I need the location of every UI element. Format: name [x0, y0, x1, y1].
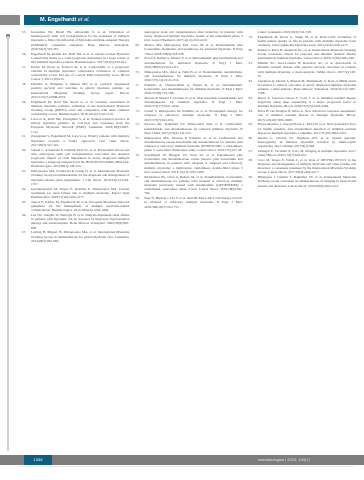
reference-text: Kumar S, Paiva B, Anderson KC, et al. In… [258, 48, 356, 61]
reference-text: Engelhardt M, Dold SM, Ihorst G, et al. … [31, 100, 129, 117]
reference-number: 66. [22, 213, 31, 230]
reference-entry: 57.Kleber M, Ihorst G, Terhorst M, et al… [22, 65, 129, 82]
reference-number: 81. [249, 61, 258, 78]
reference-number: 76. [135, 153, 144, 174]
reference-number: 61. [22, 134, 31, 147]
reference-entry: 71.Palumbo A, Chanan-Khan A, Weisel K, e… [135, 83, 242, 96]
reference-text: Lee CK, Zangari M, Barlogie B, et al. Di… [31, 213, 129, 230]
reference-entry: 73.Lonial S, Dimopoulos M, Palumbo A, et… [135, 109, 242, 122]
reference-entry: 65.Terpos E, Kleber M, Engelhardt M, et … [22, 200, 129, 213]
reference-text: Mateos MV, Dimopoulos MA, Cavo M, et al.… [144, 43, 242, 56]
reference-text: Engelhardt M, Ihorst G, Singh M, et al. … [258, 35, 356, 48]
page-number: 1338 [24, 455, 52, 465]
reference-entry: 81.Munshi NC, Avet-Loiseau H, Rawstron A… [249, 61, 356, 78]
footer-divider [18, 466, 354, 467]
reference-text: Facon T, Kumar S, Plesner T, et al. Dara… [144, 56, 242, 69]
reference-text: Kleber M, Ihorst G, Terhorst M, et al. C… [31, 65, 129, 82]
reference-entry: 77.Richardson PG, Oriol A, Beksac M, et … [135, 175, 242, 196]
reference-entry: 79.Engelhardt M, Ihorst G, Singh M, et a… [249, 35, 356, 48]
author-name: M. Engelhardt [40, 17, 76, 23]
reference-entry: 86.Rasche L, Chavan SS, Stephens OW, et … [249, 136, 356, 149]
running-header-author: M. Engelhardt et al. [40, 15, 90, 25]
reference-text: Richardson PG, Oriol A, Beksac M, et al.… [144, 175, 242, 196]
reference-text: Flores-Montero J, Sanoja-Flores L, Paiva… [258, 122, 356, 135]
reference-number: 77. [135, 175, 144, 196]
reference-number: 56. [22, 52, 31, 65]
reference-text: Lonial S, Dimopoulos M, Palumbo A, et al… [144, 109, 242, 122]
reference-entry: 70.Dimopoulos MA, Oriol A, Nahi H, et al… [135, 70, 242, 83]
reference-text: cohort. Leukemia. 2019;33(3):724-728. [258, 30, 356, 34]
reference-entry: 64.Gavriatopoulou M, Terpos E, Kastritis… [22, 187, 129, 200]
reference-entry: 67.Ludwig H, Miguel JS, Dimopoulos MA, e… [22, 230, 129, 243]
reference-column-2: autologous stem cell transplantation aft… [135, 30, 242, 350]
reference-number: 64. [22, 187, 31, 200]
reference-number: 60. [22, 117, 31, 134]
reference-entry: cohort. Leukemia. 2019;33(3):724-728. [249, 30, 356, 34]
reference-entry: 82.Landgren O, Devlin S, Boulad M, Maila… [249, 79, 356, 96]
reference-text: Landgren O, Devlin S, Boulad M, Mailanko… [258, 79, 356, 96]
reference-text: Terpos E, Kleber M, Engelhardt M, et al.… [31, 200, 129, 213]
reference-entry: 72.Moreau P, Masszi T, Grzasko N, et al.… [135, 96, 242, 109]
reference-number: 57. [22, 65, 31, 82]
reference-entry: 85.Flores-Montero J, Sanoja-Flores L, Pa… [249, 122, 356, 135]
reference-entry: 69.Facon T, Kumar S, Plesner T, et al. D… [135, 56, 242, 69]
reference-entry: 61.Zweegman S, Engelhardt M, Larocca A. … [22, 134, 129, 147]
reference-text: Dimopoulos MA, Sonneveld P, Leung N, et … [31, 169, 129, 186]
reference-number: 86. [249, 136, 258, 149]
reference-number: 84. [249, 109, 258, 122]
reference-number [135, 30, 144, 43]
reference-number [249, 30, 258, 34]
author-suffix: et al. [78, 17, 90, 23]
reference-text: San-Miguel JF, Hungria VT, Yoon SS, et a… [144, 153, 242, 174]
reference-entry: 75.Dimopoulos MA, Moreau P, Palumbo A, e… [135, 136, 242, 153]
reference-entry: 66.Lee CK, Zangari M, Barlogie B, et al.… [22, 213, 129, 230]
reference-text: Zweegman S, Engelhardt M, Larocca A. Eld… [31, 134, 129, 147]
reference-number: 73. [135, 109, 144, 122]
reference-entry: 89.Hillengass J, Usmani S, Rajkumar SV, … [249, 175, 356, 188]
reference-number: 59. [22, 100, 31, 117]
reference-number: 65. [22, 200, 31, 213]
reference-number: 74. [135, 122, 144, 135]
reference-entry: 78.Raje N, Berdeja J, Lin Y, et al. Anti… [135, 196, 242, 209]
reference-entry: 68.Mateos MV, Dimopoulos MA, Cavo M, et … [135, 43, 242, 56]
reference-number: 71. [135, 83, 144, 96]
reference-entry: 84.Paiva B, van Dongen JJ, Orfao A. New … [249, 109, 356, 122]
reference-entry: 88.Cavo M, Terpos E, Nanni C, et al. Rol… [249, 158, 356, 175]
reference-text: Hillengass J, Usmani S, Rajkumar SV, et … [258, 175, 356, 188]
reference-text: autologous stem cell transplantation aft… [144, 30, 242, 43]
reference-number: 83. [249, 96, 258, 109]
reference-number: 82. [249, 79, 258, 96]
reference-text: Scheid C, Sonneveld P, Schmidt-Wolf IG, … [31, 148, 129, 169]
reference-text: Stewart AK, Rajkumar SV, Dimopoulos MA, … [144, 122, 242, 135]
reference-text: Cavo M, Terpos E, Nanni C, et al. Role o… [258, 158, 356, 175]
reference-number: 78. [135, 196, 144, 209]
reference-number: 70. [135, 70, 144, 83]
reference-text: Zamagni E, Tacchetti P, Cavo M. Imaging … [258, 149, 356, 157]
reference-text: Ludwig H, Miguel JS, Dimopoulos MA, et a… [31, 230, 129, 243]
reference-number: 88. [249, 158, 258, 175]
reference-text: Munshi NC, Avet-Loiseau H, Rawstron AC, … [258, 61, 356, 78]
reference-number: 79. [249, 35, 258, 48]
reference-text: Engelhardt M, Domm AS, Dold SM, et al. A… [31, 52, 129, 65]
running-header: M. Engelhardt et al. [24, 15, 358, 25]
margin-rule [7, 36, 9, 451]
header-gray-tab [0, 15, 20, 25]
reference-entry: 76.San-Miguel JF, Hungria VT, Yoon SS, e… [135, 153, 242, 174]
reference-column-1: 55.Gonsalves WI, Buadi FK, Ailawadhi S, … [22, 30, 129, 350]
reference-text: Raje N, Berdeja J, Lin Y, et al. Anti-BC… [144, 196, 242, 209]
reference-entry: 59.Engelhardt M, Dold SM, Ihorst G, et a… [22, 100, 129, 117]
reference-number: 62. [22, 148, 31, 169]
reference-text: Dimopoulos MA, Moreau P, Palumbo A, et a… [144, 136, 242, 153]
reference-text: Rasche L, Chavan SS, Stephens OW, et al.… [258, 136, 356, 149]
reference-number: 87. [249, 149, 258, 157]
header-divider [24, 26, 358, 27]
reference-number: 67. [22, 230, 31, 243]
reference-text: Gavriatopoulou M, Terpos E, Kastritis E,… [31, 187, 129, 200]
reference-number: 69. [135, 56, 144, 69]
reference-text: Palumbo A, Chanan-Khan A, Weisel K, et a… [144, 83, 242, 96]
reference-text: Larocca A, Dold SM, Zweegman S, et al. P… [31, 117, 129, 134]
journal-citation: haematologica | 2019; 104(7) [258, 455, 310, 465]
reference-number: 85. [249, 122, 258, 135]
reference-number: 72. [135, 96, 144, 109]
reference-text: Paiva B, van Dongen JJ, Orfao A. New cri… [258, 109, 356, 122]
reference-entry: 63.Dimopoulos MA, Sonneveld P, Leung N, … [22, 169, 129, 186]
reference-number: 63. [22, 169, 31, 186]
reference-text: Dimopoulos MA, Oriol A, Nahi H, et al. D… [144, 70, 242, 83]
reference-entry: 83.Perrot A, Lauwers-Cances V, Corre J, … [249, 96, 356, 109]
reference-text: Moreau P, Masszi T, Grzasko N, et al. Or… [144, 96, 242, 109]
reference-text: Palumbo A, Bringhen S, Mateos MV, et al.… [31, 82, 129, 99]
reference-entry: 87.Zamagni E, Tacchetti P, Cavo M. Imagi… [249, 149, 356, 157]
reference-entry: 62.Scheid C, Sonneveld P, Schmidt-Wolf I… [22, 148, 129, 169]
reference-entry: 74.Stewart AK, Rajkumar SV, Dimopoulos M… [135, 122, 242, 135]
reference-number: 80. [249, 48, 258, 61]
reference-entry: 60.Larocca A, Dold SM, Zweegman S, et al… [22, 117, 129, 134]
reference-number: 68. [135, 43, 144, 56]
reference-entry: 56.Engelhardt M, Domm AS, Dold SM, et al… [22, 52, 129, 65]
reference-text: Perrot A, Lauwers-Cances V, Corre J, et … [258, 96, 356, 109]
reference-text: Gonsalves WI, Buadi FK, Ailawadhi S, et … [31, 30, 129, 51]
reference-number: 55. [22, 30, 31, 51]
reference-entry: 55.Gonsalves WI, Buadi FK, Ailawadhi S, … [22, 30, 129, 51]
reference-number: 89. [249, 175, 258, 188]
reference-entry: 80.Kumar S, Paiva B, Anderson KC, et al.… [249, 48, 356, 61]
reference-number: 58. [22, 82, 31, 99]
reference-entry: 58.Palumbo A, Bringhen S, Mateos MV, et … [22, 82, 129, 99]
reference-entry: autologous stem cell transplantation aft… [135, 30, 242, 43]
reference-column-3: cohort. Leukemia. 2019;33(3):724-728.79.… [249, 30, 356, 350]
reference-number: 75. [135, 136, 144, 153]
reference-list: 55.Gonsalves WI, Buadi FK, Ailawadhi S, … [22, 30, 356, 350]
